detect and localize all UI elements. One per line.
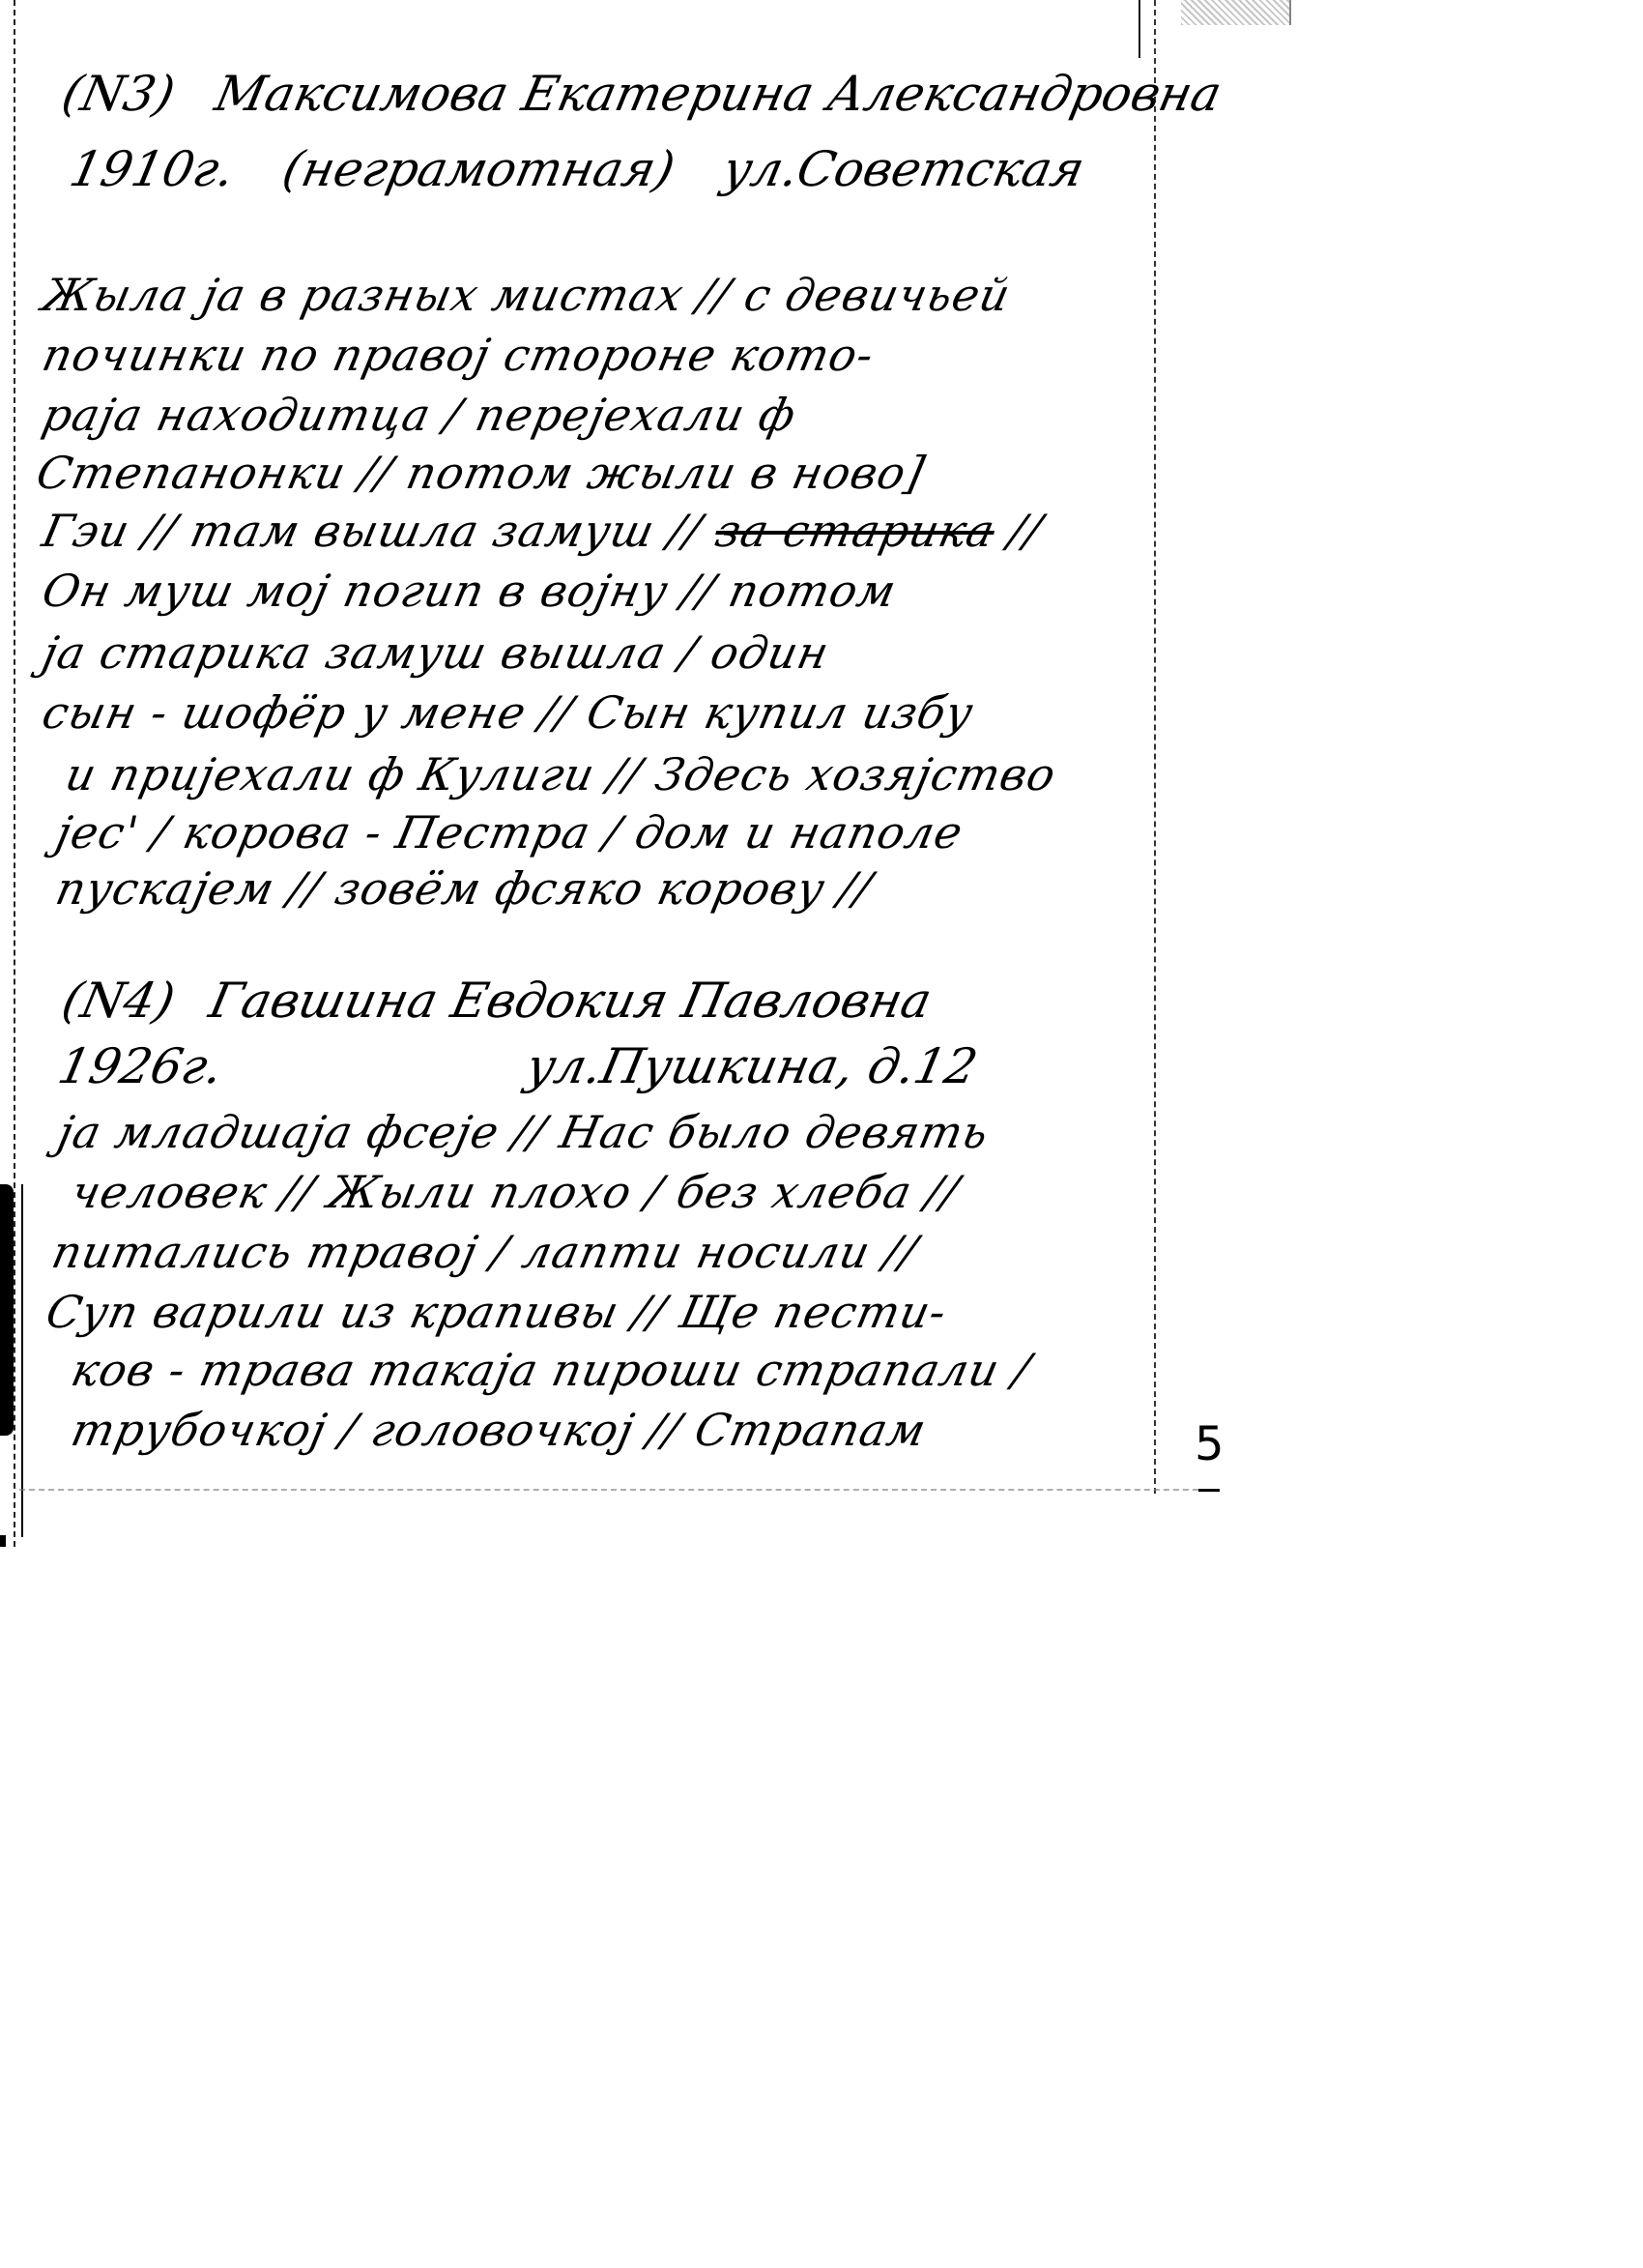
- transcript-line: Суп варили из крапивы // Ще пести-: [43, 1290, 951, 1334]
- transcript-line: пускаjем // зовём фсяко корову //: [52, 866, 877, 911]
- transcript-line: человек // Жыли плохо / без хлеба //: [68, 1170, 964, 1214]
- section-number: (N3): [57, 66, 180, 122]
- transcript-line: питались травоj / лапти носили //: [48, 1230, 922, 1274]
- right-margin-line: [1154, 0, 1156, 1494]
- section-n3-subheading: 1910г. (неграмотная) ул.Советская: [66, 145, 1088, 193]
- left-margin-line: [14, 0, 15, 1547]
- transcript-line: Жыла ja в разных мистах // с девичьей: [39, 273, 1015, 317]
- transcript-line: трубочкоj / головочкоj // Страпам: [68, 1408, 931, 1452]
- transcript-line: ja старика замуш вышла / один: [39, 630, 833, 675]
- transcript-line: Степанонки // потом жыли в ново]: [33, 451, 929, 495]
- transcript-line: и приjехали ф Кулиги // Здесь хозяjство: [62, 752, 1060, 797]
- section-n4-heading: (N4) Гавшина Евдокия Павловна: [58, 976, 936, 1025]
- scanned-page: (N3) Максимова Екатерина Александровна 1…: [0, 0, 1643, 2268]
- birth-year: 1910г.: [65, 141, 240, 197]
- transcript-line: jес' / корова - Пестра / дом и наполе: [52, 810, 966, 855]
- scan-edge-foot: [0, 1535, 6, 1547]
- right-margin-top-mark: [1139, 0, 1140, 58]
- transcript-line: починки по правоj стороне кото-: [39, 333, 879, 377]
- transcript-text: Гэи // там вышла замуш //: [38, 505, 706, 557]
- section-number: (N4): [57, 973, 180, 1029]
- line-separator: //: [989, 505, 1047, 557]
- page-number: 5: [1195, 1421, 1225, 1468]
- scan-edge-shadow: [0, 1184, 14, 1436]
- informant-name: Максимова Екатерина Александровна: [211, 66, 1226, 122]
- section-n4-subheading: 1926г. ул.Пушкина, д.12: [54, 1042, 981, 1090]
- transcript-line: раjа находитца / переjехали ф: [39, 393, 800, 437]
- transcript-line-with-strike: Гэи // там вышла замуш // за старика //: [39, 509, 1047, 553]
- bottom-margin-line: [19, 1489, 1218, 1491]
- transcript-line: ков - трава такаjа пироши страпали /: [68, 1348, 1035, 1392]
- informant-address: ул.Советская: [718, 141, 1089, 197]
- struck-text: за старика: [710, 505, 999, 557]
- transcript-line: Он муш моj погип в воjну // потом: [39, 568, 901, 613]
- birth-year: 1926г.: [53, 1038, 228, 1094]
- transcript-line: сын - шофёр у мене // Сын купил избу: [39, 690, 977, 735]
- informant-address: ул.Пушкина, д.12: [521, 1038, 982, 1094]
- transcript-line: ja младшаjа фсеjе // Нас было девять: [54, 1110, 993, 1154]
- scan-edge-rule: [21, 1184, 23, 1537]
- informant-note: (неграмотная): [277, 141, 679, 197]
- page-number-underline: [1198, 1489, 1220, 1492]
- scan-noise-artifact: [1181, 0, 1291, 25]
- informant-name: Гавшина Евдокия Павловна: [205, 973, 937, 1029]
- section-n3-heading: (N3) Максимова Екатерина Александровна: [58, 70, 1225, 118]
